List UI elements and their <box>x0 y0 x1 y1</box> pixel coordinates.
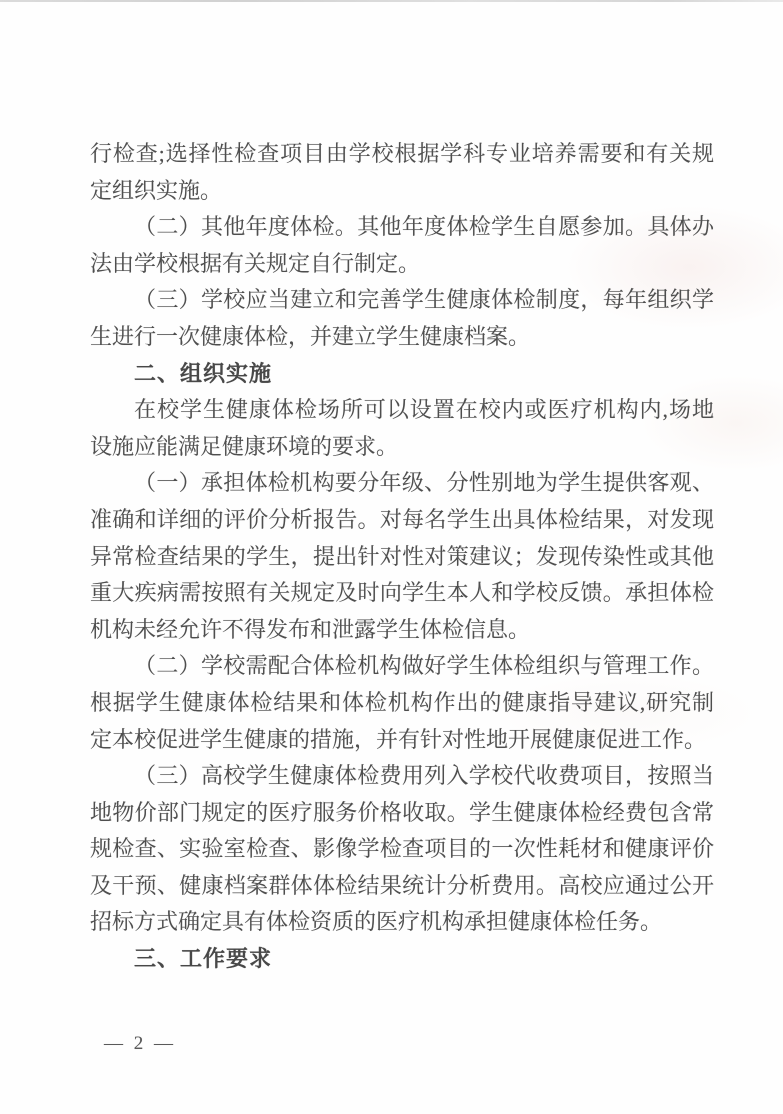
text-line: （二）其他年度体检。其他年度体检学生自愿参加。具体办 <box>90 209 714 246</box>
section-heading-organization-implementation: 二、组织实施 <box>90 356 714 393</box>
text-line: 设施应能满足健康环境的要求。 <box>90 429 714 466</box>
scan-edge-line <box>0 0 783 2</box>
text-line: 机构未经允许不得发布和泄露学生体检信息。 <box>90 612 714 649</box>
paragraph-exam-venue: 在校学生健康体检场所可以设置在校内或医疗机构内,场地 设施应能满足健康环境的要求… <box>90 392 714 465</box>
text-line: 定组织实施。 <box>90 173 714 210</box>
text-line: 行检查;选择性检查项目由学校根据学科专业培养需要和有关规 <box>90 136 714 173</box>
text-line: 招标方式确定具有体检资质的医疗机构承担健康体检任务。 <box>90 904 714 941</box>
text-line: 在校学生健康体检场所可以设置在校内或医疗机构内,场地 <box>90 392 714 429</box>
text-line: 法由学校根据有关规定自行制定。 <box>90 246 714 283</box>
paragraph-item-2-other-year-exam: （二）其他年度体检。其他年度体检学生自愿参加。具体办 法由学校根据有关规定自行制… <box>90 209 714 282</box>
section-heading-work-requirements: 三、工作要求 <box>90 941 714 978</box>
paragraph-item-2-school-cooperation: （二）学校需配合体检机构做好学生体检组织与管理工作。 根据学生健康体检结果和体检… <box>90 648 714 758</box>
paragraph-item-3-exam-fees: （三）高校学生健康体检费用列入学校代收费项目，按照当 地物价部门规定的医疗服务价… <box>90 758 714 941</box>
heading-text: 三、工作要求 <box>90 941 714 978</box>
text-line: （三）高校学生健康体检费用列入学校代收费项目，按照当 <box>90 758 714 795</box>
heading-text: 二、组织实施 <box>90 356 714 393</box>
page-number: — 2 — <box>104 1033 176 1055</box>
text-line: 准确和详细的评价分析报告。对每名学生出具体检结果，对发现 <box>90 502 714 539</box>
paragraph-item-3-school-system: （三）学校应当建立和完善学生健康体检制度，每年组织学 生进行一次健康体检，并建立… <box>90 282 714 355</box>
text-line: 根据学生健康体检结果和体检机构作出的健康指导建议,研究制 <box>90 685 714 722</box>
text-line: （二）学校需配合体检机构做好学生体检组织与管理工作。 <box>90 648 714 685</box>
document-body: 行检查;选择性检查项目由学校根据学科专业培养需要和有关规 定组织实施。 （二）其… <box>90 136 714 978</box>
text-line: 生进行一次健康体检，并建立学生健康档案。 <box>90 319 714 356</box>
text-line: 异常检查结果的学生，提出针对性对策建议；发现传染性或其他 <box>90 539 714 576</box>
text-line: （三）学校应当建立和完善学生健康体检制度，每年组织学 <box>90 282 714 319</box>
text-line: 及干预、健康档案群体体检结果统计分析费用。高校应通过公开 <box>90 868 714 905</box>
paragraph-continued-from-previous-page: 行检查;选择性检查项目由学校根据学科专业培养需要和有关规 定组织实施。 <box>90 136 714 209</box>
document-page: 行检查;选择性检查项目由学校根据学科专业培养需要和有关规 定组织实施。 （二）其… <box>0 0 783 1114</box>
text-line: （一）承担体检机构要分年级、分性别地为学生提供客观、 <box>90 465 714 502</box>
text-line: 规检查、实验室检查、影像学检查项目的一次性耗材和健康评价 <box>90 831 714 868</box>
text-line: 定本校促进学生健康的措施，并有针对性地开展健康促进工作。 <box>90 722 714 759</box>
text-line: 重大疾病需按照有关规定及时向学生本人和学校反馈。承担体检 <box>90 575 714 612</box>
paragraph-item-1-exam-agency-duties: （一）承担体检机构要分年级、分性别地为学生提供客观、 准确和详细的评价分析报告。… <box>90 465 714 648</box>
text-line: 地物价部门规定的医疗服务价格收取。学生健康体检经费包含常 <box>90 795 714 832</box>
